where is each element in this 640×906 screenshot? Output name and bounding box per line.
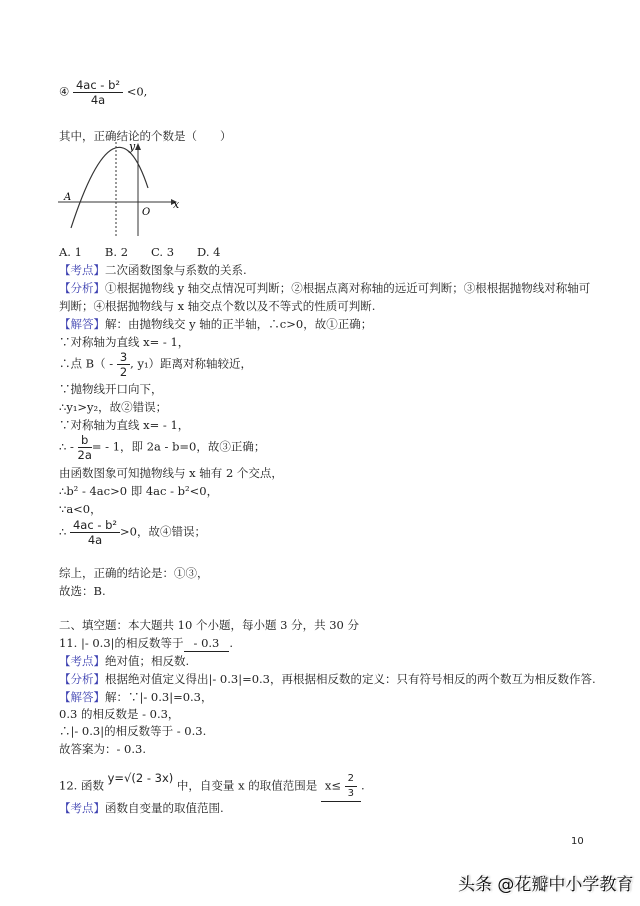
q10-line3: ∴点 B（ - 3 2 , y₁）距离对称轴较近，: [59, 350, 252, 379]
text: = - 1，即 2a - b=0，故③正确；: [92, 440, 266, 454]
q10-line5: ∴y₁>y₂，故②错误；: [59, 399, 167, 415]
numerator: 4ac - b²: [73, 78, 123, 93]
q11-line2: 0.3 的相反数是 - 0.3，: [59, 706, 179, 722]
kaodian-tag: 【考点】: [59, 801, 105, 815]
numerator: 4ac - b²: [70, 518, 120, 533]
svg-text:O: O: [142, 207, 150, 218]
jieda-text: 解：∵|- 0.3|=0.3，: [105, 690, 213, 704]
inequality: <0,: [127, 85, 148, 99]
fraction: 3 2: [117, 350, 130, 379]
q11-stem: 11. |- 0.3|的相反数等于- 0.3.: [59, 635, 233, 652]
fraction: 4ac - b² 4a: [70, 518, 120, 547]
q10-line2: ∵对称轴为直线 x= - 1，: [59, 334, 189, 350]
text: x≤: [325, 779, 341, 793]
fenxi-tag: 【分析】: [59, 281, 105, 295]
watermark: 头条 @花瓣中小学教育: [458, 870, 633, 895]
fraction: 4ac - b² 4a: [73, 78, 123, 107]
q12-stem: 12. 函数 y=√(2 - 3x) 中，自变量 x 的取值范围是 x≤ 2 3…: [59, 772, 365, 802]
answer-blank: x≤ 2 3: [321, 772, 361, 802]
denominator: 2: [117, 365, 130, 379]
numerator: 3: [117, 350, 130, 365]
denominator: 4a: [70, 533, 120, 547]
text: ∴: [59, 525, 66, 539]
q11-line3: ∴|- 0.3|的相反数等于 - 0.3.: [59, 723, 206, 739]
jieda-tag: 【解答】: [59, 317, 105, 331]
q10-jieda: 【解答】解：由抛物线交 y 轴的正半轴，∴c>0，故①正确；: [59, 316, 372, 332]
parabola-graph: y x A O: [56, 140, 181, 238]
jieda-tag: 【解答】: [59, 690, 105, 704]
y-arrow-icon: [135, 143, 141, 150]
q11-fenxi: 【分析】根据绝对值定义得出|- 0.3|=0.3，再根据相反数的定义：只有符号相…: [59, 671, 596, 687]
page-number: 10: [571, 836, 584, 847]
denominator: 3: [345, 787, 357, 801]
q10-line4: ∵抛物线开口向下，: [59, 381, 163, 397]
q10-fenxi-2: 判断；④根据抛物线与 x 轴交点个数以及不等式的性质可判断.: [59, 298, 375, 314]
kaodian-text: 二次函数图象与系数的关系.: [105, 263, 247, 277]
q11-jieda: 【解答】解：∵|- 0.3|=0.3，: [59, 689, 213, 705]
denominator: 2a: [78, 448, 92, 462]
q10-item4: ④ 4ac - b² 4a <0,: [59, 78, 147, 107]
fenxi-tag: 【分析】: [59, 672, 105, 686]
formula: y=√(2 - 3x): [108, 771, 174, 785]
q10-line11: ∴ 4ac - b² 4a >0，故④错误；: [59, 518, 206, 547]
q11-kaodian: 【考点】绝对值；相反数.: [59, 653, 189, 669]
circled-4: ④: [59, 85, 69, 99]
text: ∴点 B（ -: [59, 357, 113, 371]
fenxi-text: ①根据抛物线 y 轴交点情况可判断；②根据点离对称轴的远近可判断；③根根据抛物线…: [105, 281, 590, 295]
fenxi-text: 根据绝对值定义得出|- 0.3|=0.3，再根据相反数的定义：只有符号相反的两个…: [105, 672, 596, 686]
kaodian-text: 绝对值；相反数.: [105, 654, 189, 668]
svg-text:x: x: [173, 198, 180, 211]
q11-line4: 故答案为：- 0.3.: [59, 741, 146, 757]
q10-options: A. 1 B. 2 C. 3 D. 4: [59, 244, 220, 260]
numerator: b: [78, 433, 92, 448]
parabola-curve: [71, 147, 148, 228]
q10-line9: ∴b² - 4ac>0 即 4ac - b²<0，: [59, 483, 218, 499]
fraction: b 2a: [78, 433, 92, 462]
document-page: ④ 4ac - b² 4a <0, 其中，正确结论的个数是（ ） y x A O…: [0, 0, 640, 906]
text: ∴ -: [59, 440, 74, 454]
text: 11. |- 0.3|的相反数等于: [59, 636, 184, 650]
q10-line12: 综上，正确的结论是：①③，: [59, 565, 209, 581]
q10-kaodian: 【考点】二次函数图象与系数的关系.: [59, 262, 247, 278]
q10-line8: 由函数图象可知抛物线与 x 轴有 2 个交点，: [59, 465, 283, 481]
text: 12. 函数: [59, 779, 104, 793]
numerator: 2: [345, 772, 357, 787]
text: 中，自变量 x 的取值范围是: [177, 779, 317, 793]
kaodian-tag: 【考点】: [59, 654, 105, 668]
q10-fenxi: 【分析】①根据抛物线 y 轴交点情况可判断；②根据点离对称轴的远近可判断；③根根…: [59, 280, 590, 296]
svg-text:y: y: [128, 140, 136, 153]
q10-line13: 故选：B.: [59, 583, 106, 599]
q10-line7: ∴ - b 2a = - 1，即 2a - b=0，故③正确；: [59, 433, 265, 462]
kaodian-tag: 【考点】: [59, 263, 105, 277]
q12-kaodian: 【考点】函数自变量的取值范围.: [59, 800, 224, 816]
q10-line10: ∵a<0，: [59, 501, 102, 517]
kaodian-text: 函数自变量的取值范围.: [105, 801, 224, 815]
section2-title: 二、填空题：本大题共 10 个小题，每小题 3 分，共 30 分: [59, 617, 359, 633]
answer-blank: - 0.3: [184, 635, 230, 652]
q10-line6: ∵对称轴为直线 x= - 1，: [59, 417, 189, 433]
fraction: 2 3: [345, 772, 357, 801]
svg-text:A: A: [63, 192, 71, 203]
jieda-text: 解：由抛物线交 y 轴的正半轴，∴c>0，故①正确；: [105, 317, 372, 331]
text: .: [361, 779, 365, 793]
text: , y₁）距离对称轴较近，: [130, 357, 252, 371]
denominator: 4a: [73, 93, 123, 107]
text: .: [229, 636, 233, 650]
text: >0，故④错误；: [120, 525, 206, 539]
